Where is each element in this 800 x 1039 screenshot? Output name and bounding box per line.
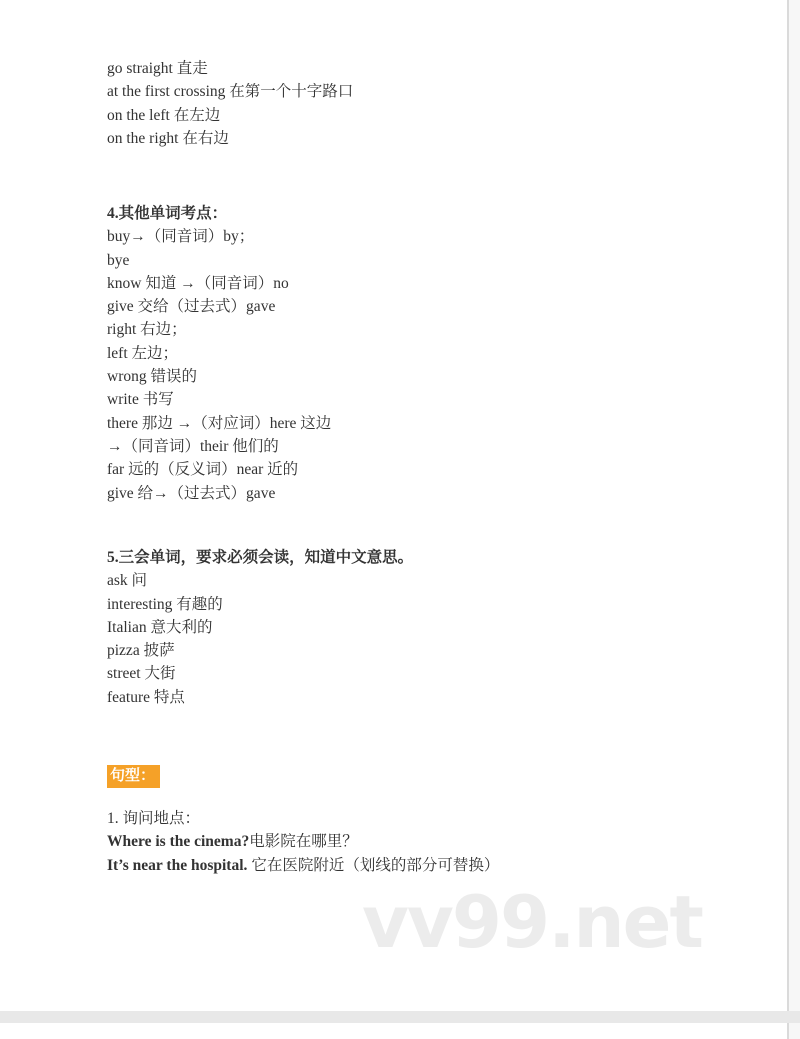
vocab-line: write 书写 (107, 388, 331, 411)
vocab-line: on the right 在右边 (107, 127, 353, 150)
section-sentence-patterns: 1. 询问地点： Where is the cinema?电影院在哪里？ It’… (107, 807, 499, 877)
section-three-skill-words: 5.三会单词，要求必须会读，知道中文意思。 ask 问 interesting … (107, 546, 413, 709)
sentence-line: Where is the cinema?电影院在哪里？ (107, 830, 499, 853)
vocab-list-directions: go straight 直走 at the first crossing 在第一… (107, 57, 353, 150)
document-viewer[interactable]: go straight 直走 at the first crossing 在第一… (0, 0, 800, 1039)
document-page: go straight 直走 at the first crossing 在第一… (0, 0, 789, 1011)
section-heading: 5.三会单词，要求必须会读，知道中文意思。 (107, 546, 413, 569)
page-gap (0, 1011, 800, 1023)
vocab-line: bye (107, 249, 331, 272)
vocab-line: at the first crossing 在第一个十字路口 (107, 80, 353, 103)
vocab-line: there 那边 →（对应词）here 这边 (107, 412, 331, 435)
vocab-line: interesting 有趣的 (107, 593, 413, 616)
vocab-line: left 左边； (107, 342, 331, 365)
sentence-english: Where is the cinema? (107, 833, 249, 850)
vocab-line: give 给→（过去式）gave (107, 482, 331, 505)
sentence-heading: 1. 询问地点： (107, 807, 499, 830)
vocab-line: far 远的（反义词）near 近的 (107, 458, 331, 481)
vocab-line: right 右边； (107, 318, 331, 341)
section-other-word-points: 4.其他单词考点： buy→（同音词）by； bye know 知道 →（同音词… (107, 202, 331, 505)
vocab-line: street 大街 (107, 662, 413, 685)
sentence-chinese: 电影院在哪里？ (249, 833, 358, 850)
vocab-line: pizza 披萨 (107, 639, 413, 662)
vocab-line: on the left 在左边 (107, 104, 353, 127)
watermark: vv99.net (362, 886, 702, 958)
vocab-line: Italian 意大利的 (107, 616, 413, 639)
sentence-english: It’s near the hospital. (107, 857, 247, 874)
vocab-line: go straight 直走 (107, 57, 353, 80)
sentence-pattern-label: 句型： (107, 765, 160, 788)
vocab-line: ask 问 (107, 569, 413, 592)
sentence-chinese: 它在医院附近（划线的部分可替换） (251, 857, 499, 874)
vocab-line: →（同音词）their 他们的 (107, 435, 331, 458)
vocab-line: feature 特点 (107, 686, 413, 709)
sentence-line: It’s near the hospital.它在医院附近（划线的部分可替换） (107, 854, 499, 877)
section-heading: 4.其他单词考点： (107, 202, 331, 225)
vocab-line: buy→（同音词）by； (107, 225, 331, 248)
next-page-edge (0, 1023, 789, 1039)
vocab-line: give 交给（过去式）gave (107, 295, 331, 318)
vocab-line: know 知道 →（同音词）no (107, 272, 331, 295)
vocab-line: wrong 错误的 (107, 365, 331, 388)
